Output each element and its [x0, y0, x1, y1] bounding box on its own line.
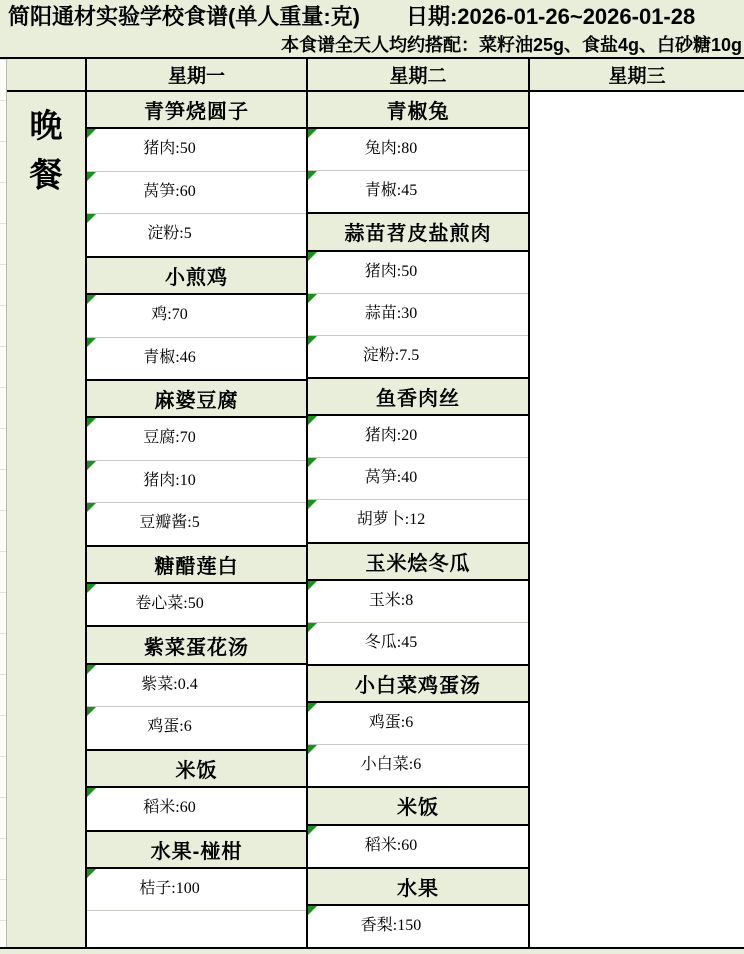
- dish-cell[interactable]: 紫菜蛋花汤: [87, 627, 306, 664]
- comment-marker-icon: [87, 665, 96, 674]
- comment-marker-icon: [87, 707, 96, 716]
- ingredient-cell[interactable]: 猪肉:50: [308, 252, 528, 294]
- ingredient-text: 桔子:100: [139, 875, 199, 898]
- dish-name: 小煎鸡: [165, 261, 228, 290]
- dish-name: 小白菜鸡蛋汤: [355, 669, 481, 698]
- subtitle-bar: 本食谱全天人均约搭配：菜籽油25g、食盐4g、白砂糖10g: [0, 31, 744, 57]
- ingredient-text: 稻米:60: [143, 794, 195, 817]
- page-title: 简阳通材实验学校食谱(单人重量:克): [8, 0, 360, 31]
- comment-marker-icon: [87, 129, 96, 138]
- dish-cell[interactable]: 糖醋莲白: [87, 547, 306, 584]
- day-header[interactable]: 星期三: [530, 59, 744, 92]
- ingredient-text: 冬瓜:45: [365, 629, 417, 652]
- comment-marker-icon: [87, 503, 96, 512]
- comment-marker-icon: [308, 500, 317, 509]
- ingredient-text: 紫菜:0.4: [141, 671, 197, 694]
- day-column: 星期二青椒兔兔肉:80青椒:45蒜苗苕皮盐煎肉猪肉:50蒜苗:30淀粉:7.5鱼…: [306, 59, 528, 947]
- comment-marker-icon: [308, 581, 317, 590]
- day-cells: 青笋烧圆子猪肉:50莴笋:60淀粉:5小煎鸡鸡:70青椒:46麻婆豆腐豆腐:70…: [87, 92, 306, 947]
- dish-name: 麻婆豆腐: [155, 384, 239, 413]
- day-header[interactable]: 星期二: [308, 59, 528, 92]
- dish-name: 水果: [397, 872, 439, 901]
- ingredient-text: 鸡:70: [151, 301, 187, 324]
- ingredient-cell[interactable]: 猪肉:10: [87, 461, 306, 503]
- ingredient-text: 鸡蛋:6: [369, 709, 413, 732]
- ingredient-text: 稻米:60: [365, 832, 417, 855]
- ingredient-cell[interactable]: 莴笋:40: [308, 458, 528, 500]
- ingredient-cell[interactable]: 小白菜:6: [308, 745, 528, 788]
- ingredient-text: 淀粉:7.5: [363, 342, 419, 365]
- comment-marker-icon: [308, 416, 317, 425]
- dish-name: 米饭: [176, 754, 218, 783]
- comment-marker-icon: [308, 906, 317, 915]
- dish-name: 蒜苗苕皮盐煎肉: [345, 217, 492, 246]
- ingredient-cell[interactable]: 紫菜:0.4: [87, 665, 306, 707]
- ingredient-cell[interactable]: 稻米:60: [308, 826, 528, 869]
- ingredient-text: 蒜苗:30: [365, 300, 417, 323]
- ingredient-cell[interactable]: 莴笋:60: [87, 172, 306, 214]
- comment-marker-icon: [87, 869, 96, 878]
- ingredient-cell[interactable]: 冬瓜:45: [308, 623, 528, 666]
- ingredient-text: 青椒:45: [365, 177, 417, 200]
- comment-marker-icon: [308, 458, 317, 467]
- ingredient-cell[interactable]: 玉米:8: [308, 581, 528, 623]
- dish-cell[interactable]: 小煎鸡: [87, 258, 306, 295]
- dish-cell[interactable]: 蒜苗苕皮盐煎肉: [308, 214, 528, 251]
- comment-marker-icon: [87, 338, 96, 347]
- date-range: 日期:2026-01-26~2026-01-28: [406, 0, 695, 31]
- ingredient-cell[interactable]: 兔肉:80: [308, 129, 528, 171]
- dish-cell[interactable]: 青笋烧圆子: [87, 92, 306, 129]
- comment-marker-icon: [87, 418, 96, 427]
- bottom-row-strip: [0, 949, 744, 954]
- ingredient-text: 莴笋:60: [143, 178, 195, 201]
- empty-cell[interactable]: [87, 911, 306, 946]
- ingredient-cell[interactable]: 桔子:100: [87, 869, 306, 911]
- ingredient-text: 卷心菜:50: [135, 590, 203, 613]
- comment-marker-icon: [308, 336, 317, 345]
- comment-marker-icon: [308, 129, 317, 138]
- ingredient-text: 香梨:150: [361, 912, 421, 935]
- dish-name: 米饭: [397, 791, 439, 820]
- dish-cell[interactable]: 米饭: [308, 788, 528, 825]
- dish-cell[interactable]: 小白菜鸡蛋汤: [308, 666, 528, 703]
- dish-cell[interactable]: 玉米烩冬瓜: [308, 544, 528, 581]
- ingredient-text: 猪肉:20: [365, 422, 417, 445]
- title-bar: 简阳通材实验学校食谱(单人重量:克) 日期:2026-01-26~2026-01…: [0, 0, 744, 31]
- comment-marker-icon: [87, 584, 96, 593]
- ingredient-cell[interactable]: 香梨:150: [308, 906, 528, 947]
- ingredient-text: 兔肉:80: [365, 135, 417, 158]
- ingredient-cell[interactable]: 淀粉:7.5: [308, 336, 528, 379]
- ingredient-text: 猪肉:50: [365, 258, 417, 281]
- day-column: 星期一青笋烧圆子猪肉:50莴笋:60淀粉:5小煎鸡鸡:70青椒:46麻婆豆腐豆腐…: [85, 59, 306, 947]
- ingredient-cell[interactable]: 鸡:70: [87, 295, 306, 337]
- ingredient-cell[interactable]: 猪肉:20: [308, 416, 528, 458]
- ingredient-text: 豆腐:70: [143, 424, 195, 447]
- ingredient-text: 淀粉:5: [147, 220, 191, 243]
- comment-marker-icon: [308, 252, 317, 261]
- ingredient-text: 小白菜:6: [361, 751, 421, 774]
- comment-marker-icon: [87, 295, 96, 304]
- ingredient-text: 玉米:8: [369, 587, 413, 610]
- ingredient-cell[interactable]: 蒜苗:30: [308, 294, 528, 336]
- dish-name: 糖醋莲白: [155, 550, 239, 579]
- comment-marker-icon: [308, 171, 317, 180]
- dish-name: 紫菜蛋花汤: [144, 631, 249, 660]
- menu-table: 晚餐 星期一青笋烧圆子猪肉:50莴笋:60淀粉:5小煎鸡鸡:70青椒:46麻婆豆…: [0, 57, 744, 949]
- ingredient-cell[interactable]: 卷心菜:50: [87, 584, 306, 627]
- dish-name: 青椒兔: [387, 95, 450, 124]
- comment-marker-icon: [308, 703, 317, 712]
- ingredient-cell[interactable]: 猪肉:50: [87, 129, 306, 171]
- dish-cell[interactable]: 青椒兔: [308, 92, 528, 129]
- day-column: 星期三: [528, 59, 744, 947]
- ingredient-cell[interactable]: 淀粉:5: [87, 214, 306, 257]
- ingredient-text: 胡萝卜:12: [357, 506, 425, 529]
- dish-name: 玉米烩冬瓜: [366, 547, 471, 576]
- comment-marker-icon: [308, 826, 317, 835]
- dish-name: 水果-椪柑: [151, 835, 243, 864]
- ingredient-text: 莴笋:40: [365, 464, 417, 487]
- menu-spreadsheet-page: 简阳通材实验学校食谱(单人重量:克) 日期:2026-01-26~2026-01…: [0, 0, 744, 954]
- dish-cell[interactable]: 水果: [308, 869, 528, 906]
- ingredient-cell[interactable]: 豆腐:70: [87, 418, 306, 460]
- dish-cell[interactable]: 米饭: [87, 751, 306, 788]
- ingredient-cell[interactable]: 鸡蛋:6: [308, 703, 528, 745]
- ingredient-cell[interactable]: 胡萝卜:12: [308, 500, 528, 543]
- meal-label[interactable]: 晚餐: [28, 101, 64, 199]
- ingredient-cell[interactable]: 青椒:45: [308, 171, 528, 214]
- comment-marker-icon: [87, 172, 96, 181]
- ingredient-cell[interactable]: 鸡蛋:6: [87, 707, 306, 750]
- day-cells: 青椒兔兔肉:80青椒:45蒜苗苕皮盐煎肉猪肉:50蒜苗:30淀粉:7.5鱼香肉丝…: [308, 92, 528, 947]
- ingredient-text: 青椒:46: [143, 344, 195, 367]
- dish-name: 鱼香肉丝: [376, 382, 460, 411]
- comment-marker-icon: [87, 788, 96, 797]
- comment-marker-icon: [87, 461, 96, 470]
- comment-marker-icon: [308, 745, 317, 754]
- day-header[interactable]: 星期一: [87, 59, 306, 92]
- ingredient-text: 鸡蛋:6: [147, 713, 191, 736]
- ingredient-cell[interactable]: 青椒:46: [87, 338, 306, 381]
- ingredient-cell[interactable]: 豆瓣酱:5: [87, 503, 306, 546]
- comment-marker-icon: [308, 623, 317, 632]
- dish-cell[interactable]: 水果-椪柑: [87, 832, 306, 869]
- dish-name: 青笋烧圆子: [144, 95, 249, 124]
- corner-cell[interactable]: [7, 59, 85, 92]
- ingredient-text: 猪肉:50: [143, 135, 195, 158]
- comment-marker-icon: [308, 294, 317, 303]
- comment-marker-icon: [87, 214, 96, 223]
- dish-cell[interactable]: 鱼香肉丝: [308, 379, 528, 416]
- meal-column: 晚餐: [6, 59, 85, 947]
- ingredient-cell[interactable]: 稻米:60: [87, 788, 306, 831]
- day-cells: [530, 92, 744, 947]
- ingredient-text: 猪肉:10: [143, 467, 195, 490]
- nutrition-note: 本食谱全天人均约搭配：菜籽油25g、食盐4g、白砂糖10g: [281, 31, 742, 57]
- ingredient-text: 豆瓣酱:5: [139, 509, 199, 532]
- dish-cell[interactable]: 麻婆豆腐: [87, 381, 306, 418]
